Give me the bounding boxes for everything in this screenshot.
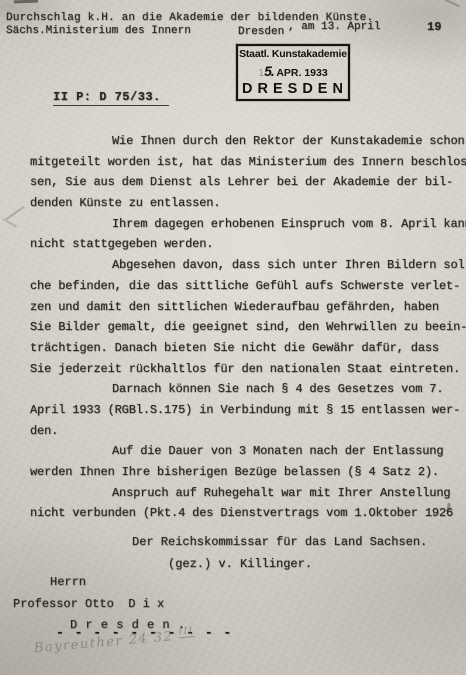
- body-line: mitgeteilt worden ist, hat das Ministeri…: [30, 152, 466, 173]
- body-line: che befinden, die das sittliche Gefühl a…: [30, 276, 466, 297]
- body-line: Anspruch auf Ruhegehalt war mit Ihrer An…: [30, 483, 466, 504]
- scan-artifact-top-right: [444, 0, 459, 7]
- body-line: nicht stattgegeben werden.: [30, 234, 466, 255]
- body-line: werden Ihnen Ihre bisherigen Bezüge bela…: [30, 462, 466, 483]
- recipient-name: Professor Otto D i x: [13, 597, 164, 611]
- body-line: Ihrem dagegen erhobenen Einspruch vom 8.…: [30, 214, 466, 235]
- letter-scan-page: Durchschlag k.H. an die Akademie der bil…: [0, 0, 466, 675]
- stamp-city: DRESDEN: [238, 81, 348, 97]
- body-line: Abgesehen davon, dass sich unter Ihren B…: [30, 255, 466, 276]
- pencil-annotation-superscript: III: [178, 626, 194, 638]
- body-line: Darnach können Sie nach § 4 des Gesetzes…: [30, 379, 466, 400]
- body-line: Auf die Dauer von 3 Monaten nach der Ent…: [30, 441, 466, 462]
- sender-ministry: Sächs.Ministerium des Innern: [6, 25, 191, 37]
- body-line: Wie Ihnen durch den Rektor der Kunstakad…: [30, 131, 466, 152]
- scan-artifact-top-left: [14, 0, 38, 3]
- pencil-annotation-text: Bayreuther 24 32: [33, 629, 174, 656]
- body-line: nicht verbunden (Pkt.4 des Dienstvertrag…: [30, 503, 466, 524]
- body-line: denden Künste zu entlassen.: [30, 193, 466, 214]
- stamp-date-day: 5.: [264, 63, 274, 79]
- receipt-stamp: Staatl. Kunstakademie 15. APR. 1933 DRES…: [236, 44, 350, 101]
- signature-name: (gez.) v. Killinger.: [168, 557, 312, 571]
- body-line: April 1933 (RGBl.S.175) in Verbindung mi…: [30, 400, 466, 421]
- body-line: Sie jederzeit rückhaltlos für den nation…: [30, 359, 466, 380]
- stamp-date-faint-digit: 1: [258, 67, 264, 79]
- body-line: Sie Bilder gemalt, die geeignet sind, de…: [30, 317, 466, 338]
- signature-office: Der Reichskommissar für das Land Sachsen…: [132, 535, 427, 549]
- pencil-mark-artifact: [3, 218, 18, 227]
- file-reference: II P: D 75/33.: [53, 90, 169, 106]
- stamp-date: 15. APR. 1933: [238, 63, 348, 79]
- stamp-date-month-year: APR. 1933: [274, 67, 328, 79]
- letter-date: , am 13. April: [288, 21, 380, 33]
- recipient-salutation: Herrn: [50, 575, 86, 589]
- stamp-institution: Staatl. Kunstakademie: [238, 48, 348, 60]
- body-line: sen, Sie aus dem Dienst als Lehrer bei d…: [30, 172, 466, 193]
- letter-body: Wie Ihnen durch den Rektor der Kunstakad…: [30, 131, 466, 524]
- letter-place: Dresden: [238, 26, 284, 38]
- body-line: den.: [30, 421, 466, 442]
- pencil-mark-artifact: [6, 206, 25, 220]
- letter-year: 19: [427, 20, 441, 34]
- body-line: zen und damit den sittlichen Wiederaufba…: [30, 297, 466, 318]
- body-line: trächtigen. Danach bieten Sie nicht die …: [30, 338, 466, 359]
